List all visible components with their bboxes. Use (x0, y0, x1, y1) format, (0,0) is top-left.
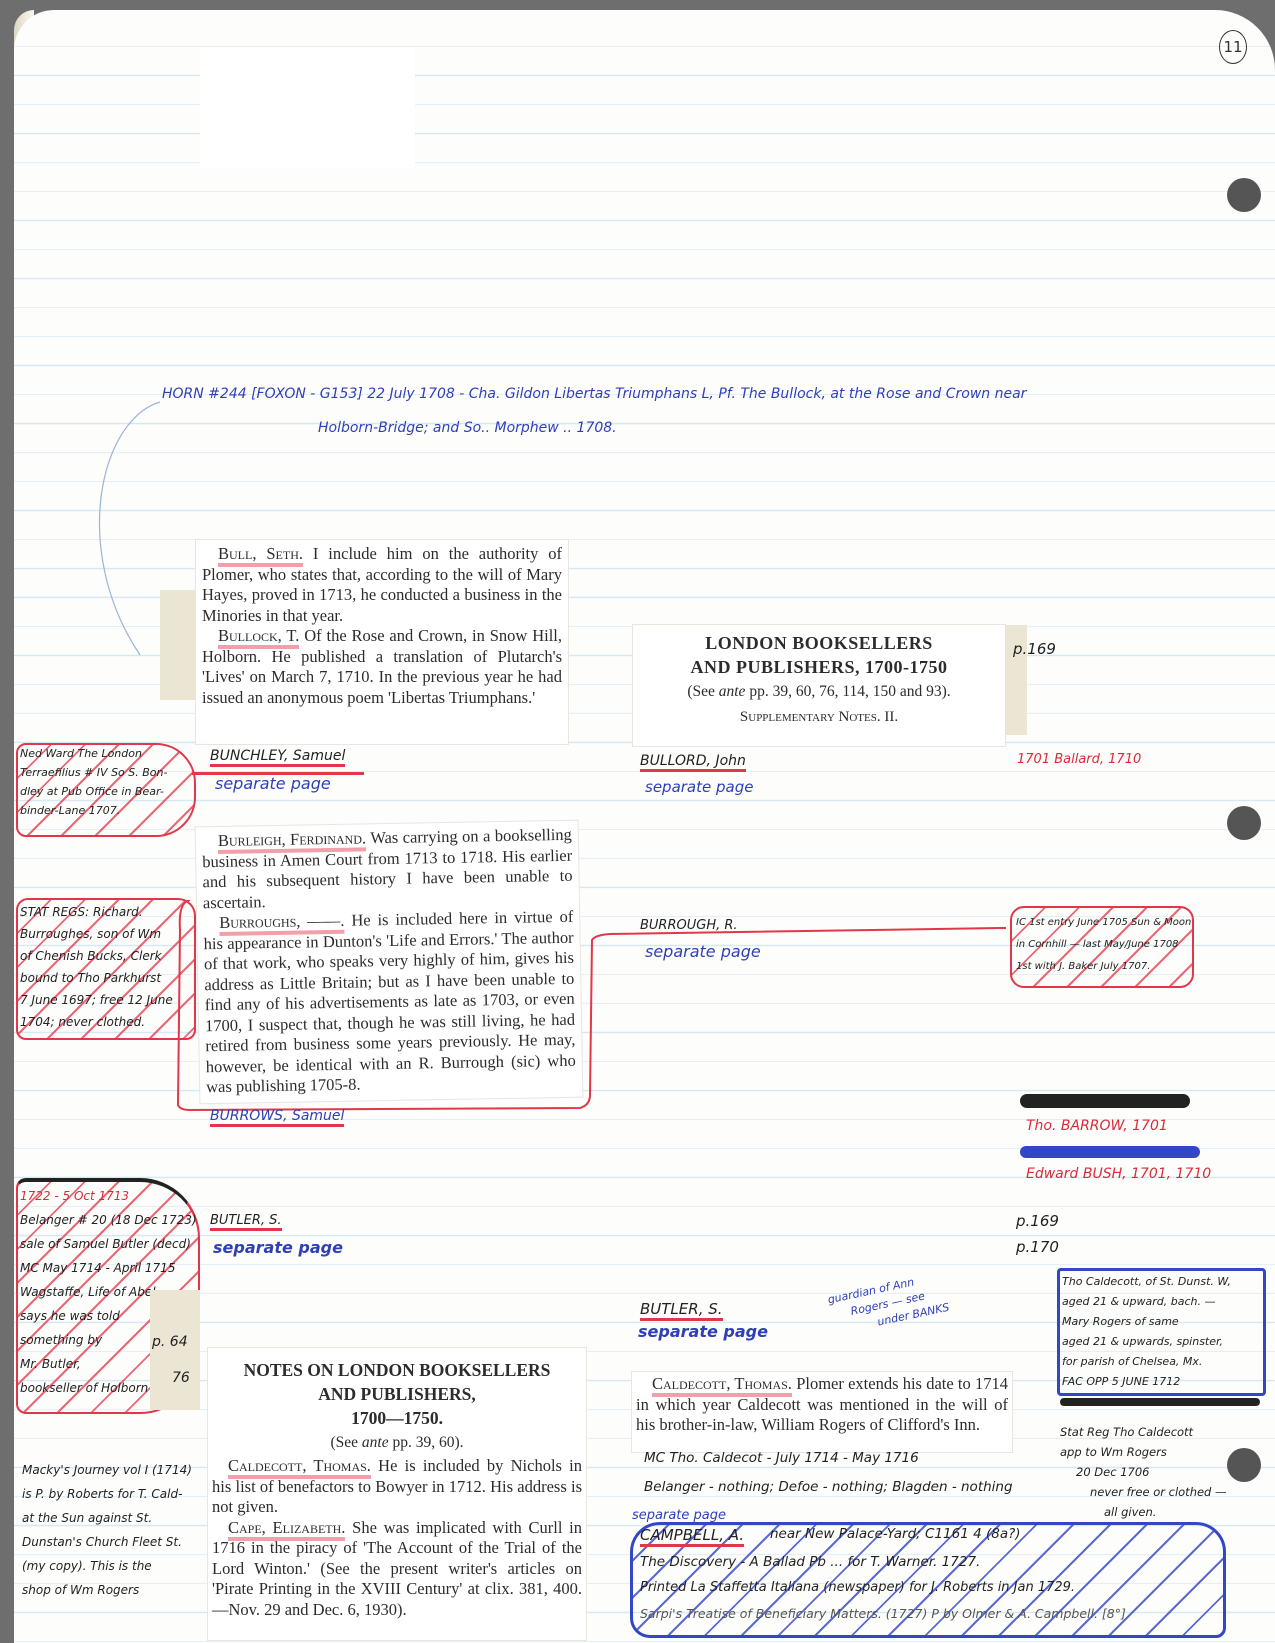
belanger-line: Belanger - nothing; Defoe - nothing; Bla… (644, 1479, 1013, 1495)
campbell-line4: Sarpi's Treatise of Beneficiary Matters.… (640, 1606, 1126, 1621)
ic-note: IC 1st entry June 1705 Sun & Moon in Cor… (1016, 912, 1191, 978)
burroughs-bracket (170, 900, 1130, 1120)
mackys-journey-note: Macky's Journey vol I (1714) is P. by Ro… (22, 1458, 192, 1602)
page-ref-170: p.170 (1016, 1238, 1059, 1256)
bush-entry: Edward BUSH, 1701, 1710 (1026, 1166, 1211, 1182)
campbell-line2: The Discovery - A Ballad Pb ... for T. W… (640, 1554, 980, 1570)
binder-hole (1227, 806, 1261, 840)
stat-reg-caldecott-note: Stat Reg Tho Caldecott app to Wm Rogers … (1060, 1422, 1227, 1522)
campbell-address: near New Palace-Yard; C1161 4 (8a?) (770, 1526, 1021, 1542)
butler-left-separate-page-link[interactable]: separate page (213, 1238, 343, 1257)
page-ref-169-top: p.169 (1013, 640, 1056, 658)
campbell-separate-page-link[interactable]: separate page (632, 1508, 726, 1523)
butler-right-separate-page-link[interactable]: separate page (638, 1322, 768, 1341)
scribbled-out-entry-blue (1020, 1146, 1200, 1158)
stat-regs-note: STAT REGS: Richard. Burroughes, son of W… (20, 901, 173, 1033)
blank-label-patch (200, 48, 415, 168)
barrow-entry: Tho. BARROW, 1701 (1026, 1118, 1168, 1134)
burrough-separate-page-link[interactable]: separate page (645, 942, 761, 961)
burrough-name: BURROUGH, R. (640, 918, 738, 933)
scribbled-out-line (1060, 1398, 1260, 1406)
binder-hole (1227, 178, 1261, 212)
red-line (192, 772, 364, 775)
caldecott-marriage-note: Tho Caldecott, of St. Dunst. W, aged 21 … (1062, 1272, 1231, 1392)
scribbled-out-entry (1020, 1094, 1190, 1108)
bunchley-name: BUNCHLEY, Samuel (210, 748, 345, 764)
butler-left-name: BUTLER, S. (210, 1213, 282, 1228)
ballard-note: 1701 Ballard, 1710 (1017, 752, 1141, 767)
clip-shadow (160, 590, 196, 700)
bullord-separate-page-link[interactable]: separate page (645, 778, 753, 796)
bullord-name: BULLORD, John (640, 753, 746, 769)
binder-hole (1227, 1448, 1261, 1482)
page-ref-169: p.169 (1016, 1212, 1059, 1230)
clipping-title-supplementary: LONDON BOOKSELLERS AND PUBLISHERS, 1700-… (633, 625, 1005, 746)
page-ref-64: p. 64 (152, 1334, 188, 1350)
campbell-line3: Printed La Staffetta Italiana (newspaper… (640, 1580, 1075, 1595)
butler-right-name: BUTLER, S. (640, 1300, 723, 1318)
page-number: 11 (1219, 30, 1247, 64)
horn-note-line1: HORN #244 [FOXON - G153] 22 July 1708 - … (162, 386, 1026, 402)
clipping-title-notes: NOTES ON LONDON BOOKSELLERS AND PUBLISHE… (208, 1348, 586, 1640)
burrows-name: BURROWS, Samuel (210, 1108, 344, 1124)
ned-ward-note: Ned Ward The London Terraefilius # IV So… (20, 744, 167, 820)
bunchley-separate-page-link[interactable]: separate page (215, 774, 331, 793)
clipping-bull-bullock: Bull, Seth. I include him on the authori… (196, 540, 568, 744)
clip-shadow (150, 1290, 200, 1410)
campbell-name: CAMPBELL, A. (640, 1526, 744, 1544)
clipping-caldecott-right: Caldecott, Thomas. Plomer extends his da… (632, 1372, 1012, 1452)
mc-caldecot-line: MC Tho. Caldecot - July 1714 - May 1716 (644, 1450, 919, 1466)
horn-note-line2: Holborn-Bridge; and So.. Morphew .. 1708… (318, 420, 617, 436)
page-ref-76: 76 (172, 1370, 190, 1386)
